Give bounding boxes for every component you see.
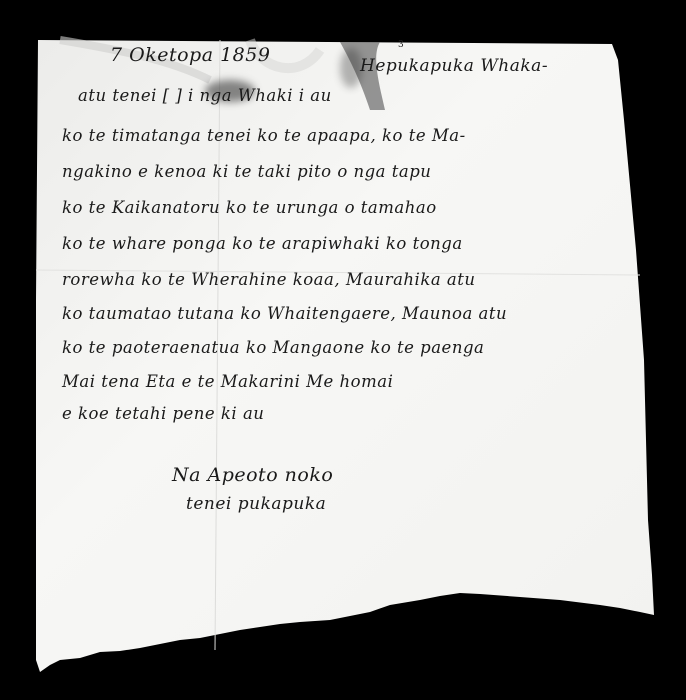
letter-line-3: ngakino e kenoa ki te taki pito o nga ta… (62, 162, 431, 181)
ink-stain (340, 48, 362, 88)
letter-line-7: ko taumatao tutana ko Whaitengaere, Maun… (62, 304, 507, 323)
signature-line-2: tenei pukapuka (186, 494, 326, 514)
letter-line-6: rorewha ko te Wherahine koaa, Maurahika … (62, 270, 476, 289)
letter-line-10: e koe tetahi pene ki au (62, 404, 264, 423)
letter-line-2: ko te timatanga tenei ko te apaapa, ko t… (62, 126, 466, 145)
letter-heading: Hepukapuka Whaka- (360, 56, 548, 76)
letter-line-4: ko te Kaikanatoru ko te urunga o tamahao (62, 198, 437, 217)
letter-date: 7 Oketopa 1859 (110, 44, 270, 66)
letter-line-8: ko te paoteraenatua ko Mangaone ko te pa… (62, 338, 484, 357)
signature-line-1: Na Apeoto noko (172, 464, 333, 486)
page-number: 3 (398, 40, 404, 50)
letter-line-5: ko te whare ponga ko te arapiwhaki ko to… (62, 234, 463, 253)
letter-line-1: atu tenei [ ] i nga Whaki i au (78, 86, 332, 105)
scanned-document: 3 7 Oketopa 1859 Hepukapuka Whaka- atu t… (0, 0, 686, 700)
letter-line-9: Mai tena Eta e te Makarini Me homai (62, 372, 393, 391)
